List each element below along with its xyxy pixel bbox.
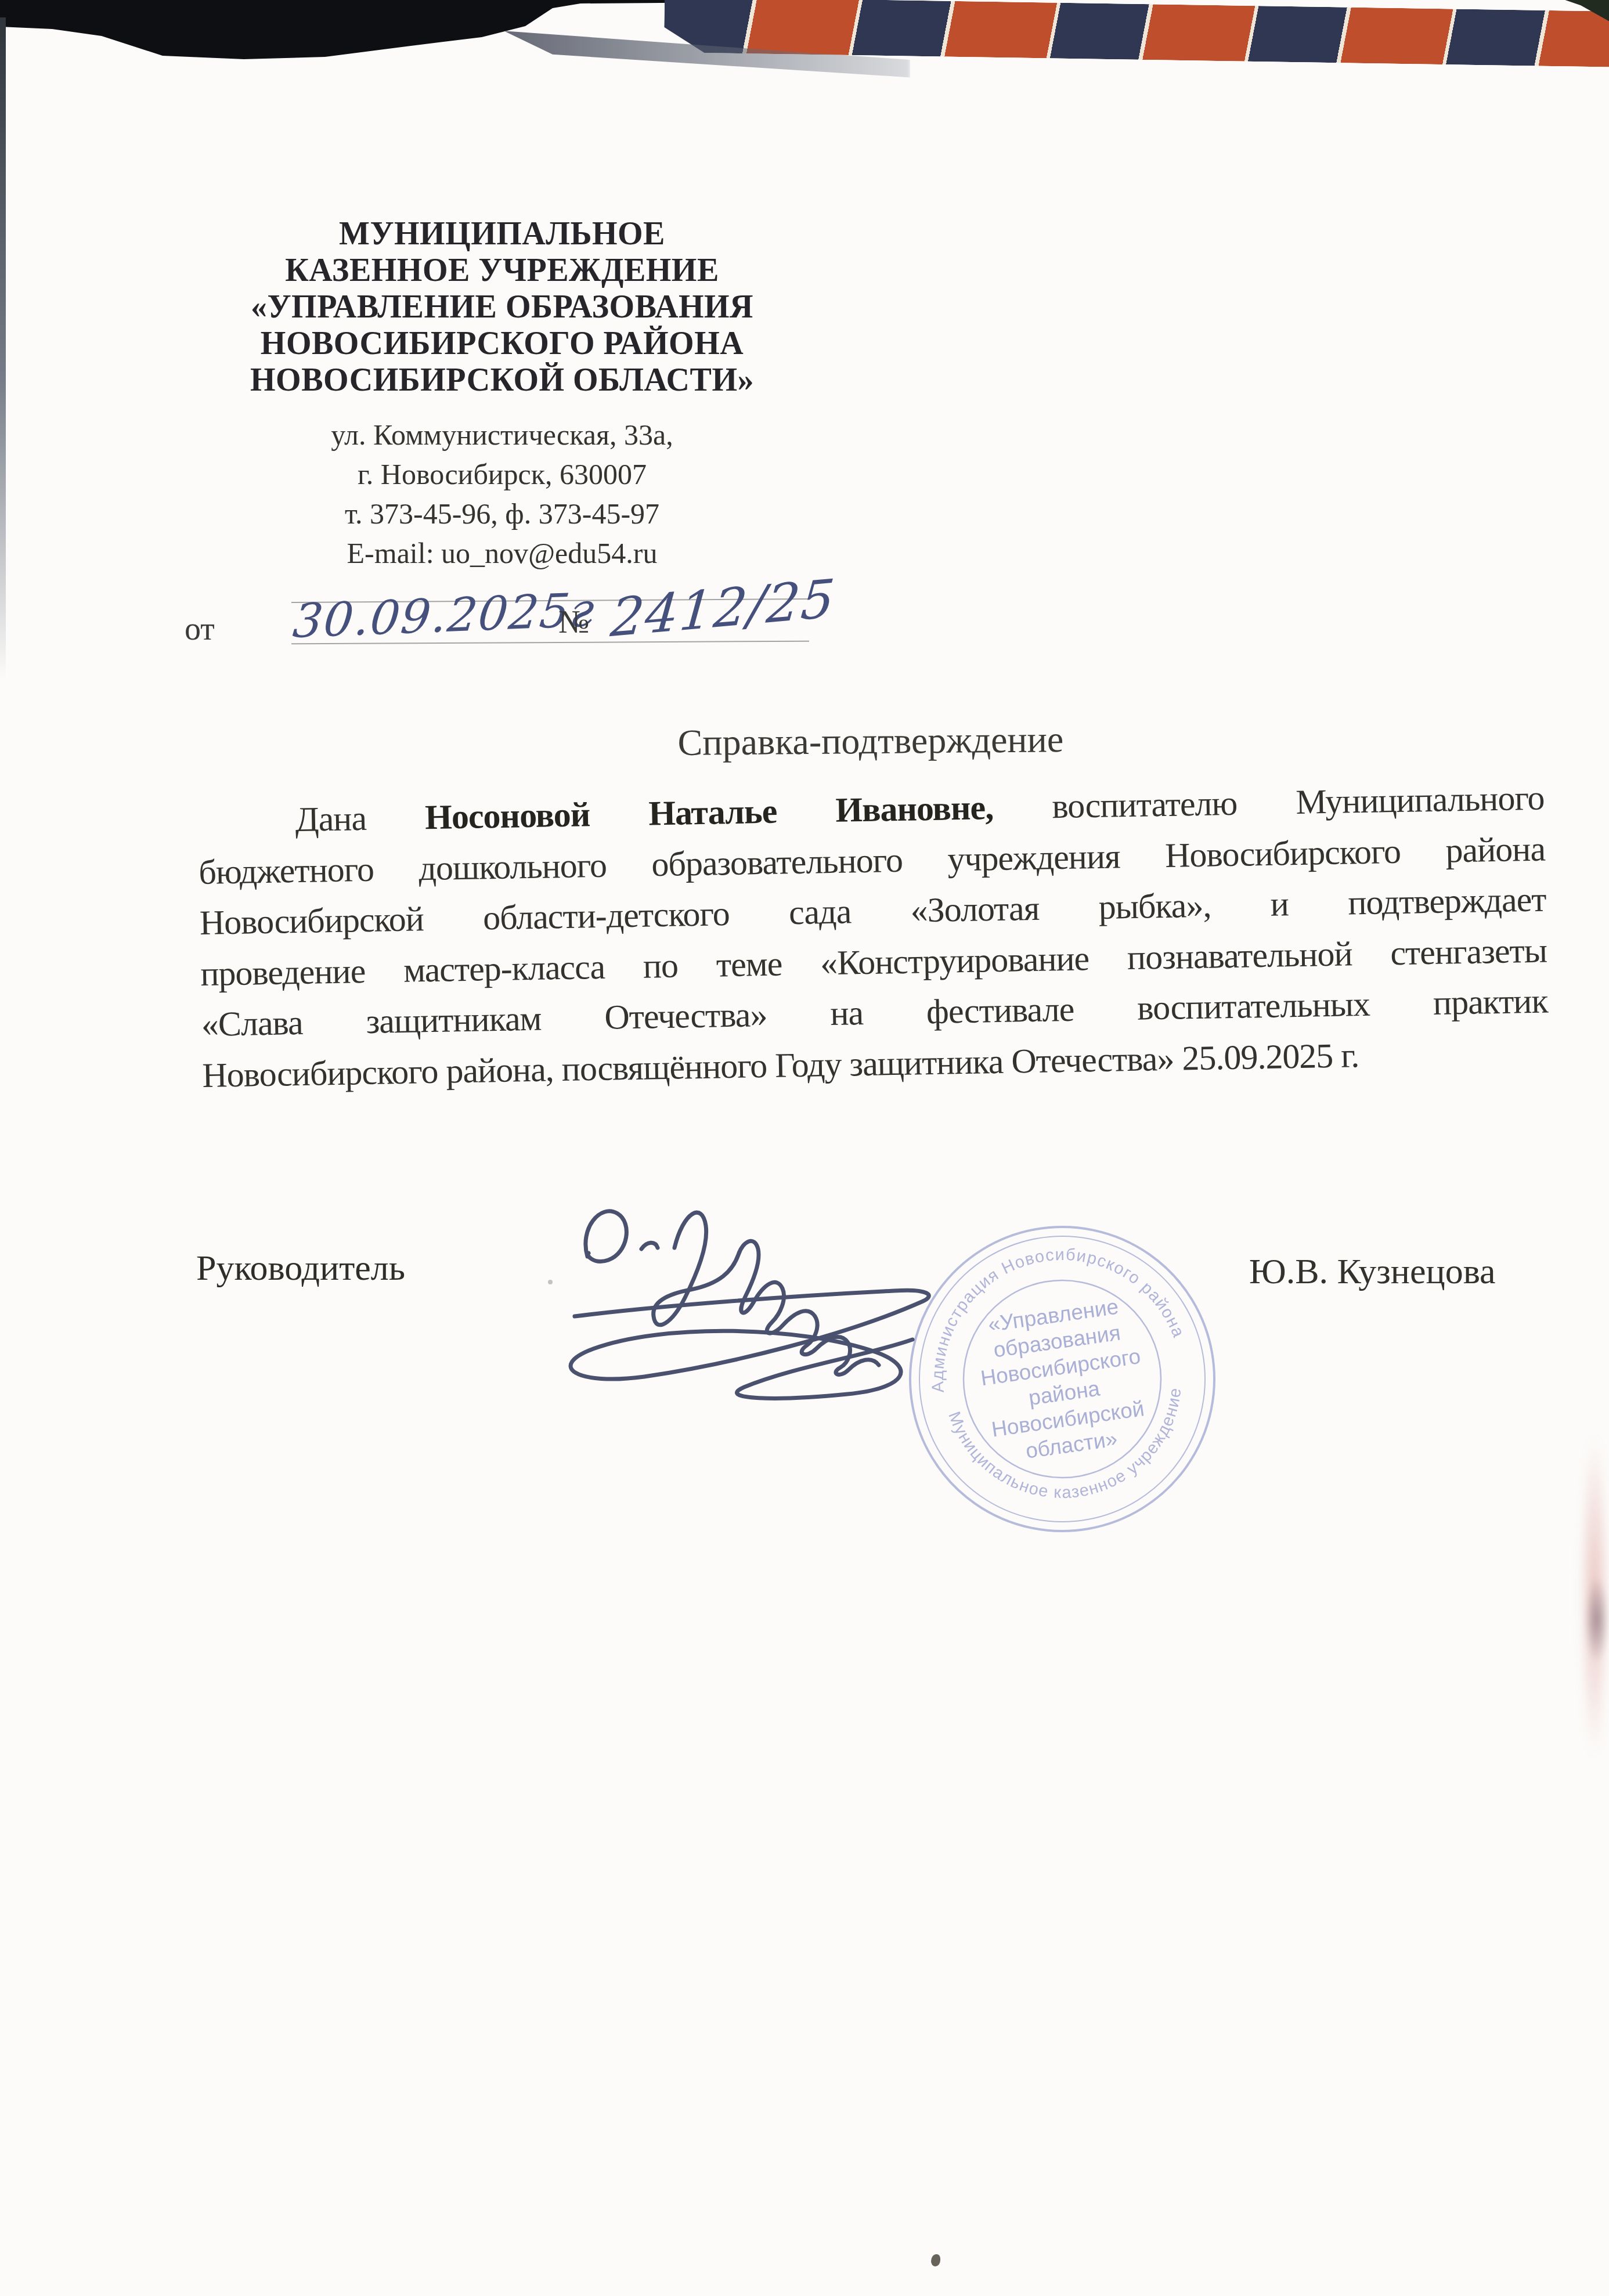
recipient-name: Носоновой Наталье Ивановне, [425, 788, 994, 836]
signatory-name: Ю.В. Кузнецова [1249, 1251, 1496, 1293]
org-line: МУНИЦИПАЛЬНОЕ [174, 216, 830, 252]
signature-initial [586, 1211, 658, 1262]
ink-dot [931, 2254, 940, 2266]
letterhead-org-name: МУНИЦИПАЛЬНОЕ КАЗЕННОЕ УЧРЕЖДЕНИЕ «УПРАВ… [174, 216, 830, 399]
address-line: т. 373-45-96, ф. 373-45-97 [174, 494, 830, 533]
ref-date-handwritten: 30.09.2025г [290, 583, 598, 648]
signature-scribble [522, 1161, 1033, 1434]
org-line: КАЗЕННОЕ УЧРЕЖДЕНИЕ [174, 252, 830, 289]
body-paragraph: Дана Носоновой Наталье Ивановне, воспита… [197, 773, 1549, 1101]
org-line: НОВОСИБИРСКОЙ ОБЛАСТИ» [174, 362, 830, 399]
signature-role-label: Руководитель [196, 1248, 405, 1289]
ref-number-label: № [558, 604, 589, 641]
right-edge-dark-smudge [1585, 1576, 1609, 1663]
body-text: Дана [295, 798, 425, 839]
org-line: «УПРАВЛЕНИЕ ОБРАЗОВАНИЯ [174, 289, 830, 326]
address-line: г. Новосибирск, 630007 [174, 454, 830, 494]
ref-from-label: от [185, 611, 215, 648]
org-line: НОВОСИБИРСКОГО РАЙОНА [174, 326, 830, 362]
left-paper-edge-line [0, 17, 6, 679]
document-title: Справка-подтверждение [665, 718, 1077, 764]
address-line: E-mail: uo_nov@edu54.ru [174, 533, 830, 573]
body-text: воспитателю Муниципального [993, 779, 1545, 827]
letterhead-address: ул. Коммунистическая, 33а, г. Новосибирс… [174, 415, 830, 573]
ref-number-handwritten: 2412/25 [608, 568, 838, 649]
address-line: ул. Коммунистическая, 33а, [174, 415, 830, 454]
scanned-document-page: { "letterhead": { "org_lines": [ "МУНИЦИ… [0, 0, 1609, 2296]
